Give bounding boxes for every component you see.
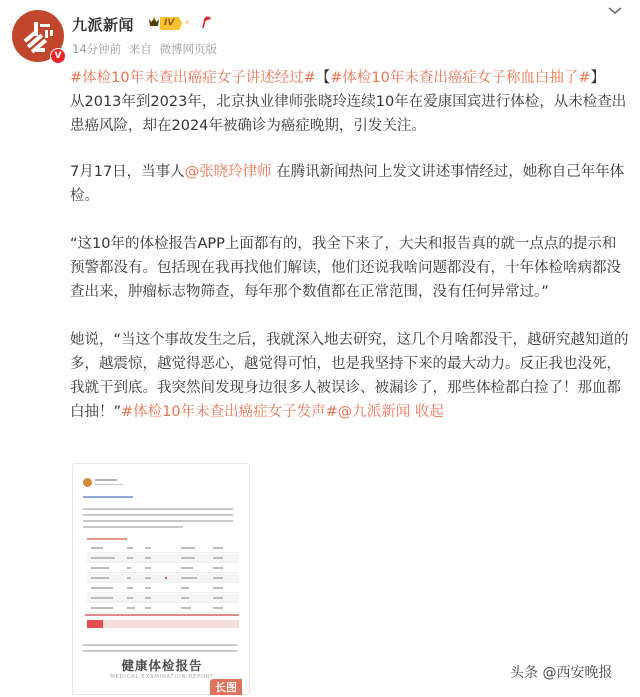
paragraph-2: 7月17日，当事人@张晓玲律师 在腾讯新闻热问上发文讲述事情经过，她称自己年年体… <box>70 160 630 208</box>
paragraph-text: 7月17日，当事人 <box>70 164 185 180</box>
long-image-thumbnail[interactable]: 健康体检报告 MEDICAL EXAMINATION REPORT <box>72 463 250 695</box>
source-prefix: 来自 <box>129 42 152 56</box>
user-name[interactable]: 九派新闻 <box>72 14 134 35</box>
mini-report-table <box>87 538 239 630</box>
report-title: 健康体检报告 <box>73 656 250 674</box>
weibo-post: V 九派新闻 IV › 14分钟前 来自 微博网页版 #体检10年未查出癌症女子… <box>0 0 640 697</box>
post-content: #体检10年未查出癌症女子讲述经过#【#体检10年未查出癌症女子称血白抽了#】 … <box>70 66 630 448</box>
verified-v-icon: V <box>50 48 66 64</box>
level-badge[interactable]: IV <box>160 17 182 30</box>
post-meta: 14分钟前 来自 微博网页版 <box>72 41 221 57</box>
avatar[interactable]: V <box>12 10 64 62</box>
watermark: 头条 @西安晚报 <box>510 662 612 682</box>
level-chevron-icon: › <box>185 17 189 28</box>
hashtag-link[interactable]: #体检10年未查出癌症女子讲述经过# <box>70 70 316 86</box>
paragraph-3: “这10年的体检报告APP上面都有的，我全下来了，大夫和报告真的就一点点的提示和… <box>70 232 630 304</box>
hashtag-link[interactable]: #体检10年未查出癌症女子称血白抽了# <box>330 70 590 86</box>
bracket-close: 】 <box>591 70 606 86</box>
crown-icon <box>148 16 160 28</box>
paragraph-4: 她说，“当这个事故发生之后，我就深入地去研究，这几个月啥都没干，越研究越知道的多… <box>70 328 630 424</box>
mention-link[interactable]: @张晓玲律师 <box>185 164 272 180</box>
bracket-open: 【 <box>316 70 331 86</box>
mini-avatar <box>83 478 92 487</box>
post-header: V 九派新闻 IV › 14分钟前 来自 微博网页版 <box>8 6 628 62</box>
chevron-down-icon[interactable] <box>606 4 624 16</box>
red-flag-icon[interactable] <box>200 15 212 29</box>
mention-link[interactable]: @九派新闻 <box>338 404 411 420</box>
post-time[interactable]: 14分钟前 <box>72 42 121 56</box>
paragraph-text: 从2013年到2023年，北京执业律师张晓玲连续10年在爱康国宾进行体检，从未检… <box>70 94 626 134</box>
paragraph-text: “这10年的体检报告APP上面都有的，我全下来了，大夫和报告真的就一点点的提示和… <box>70 236 621 300</box>
hashtag-link[interactable]: #体检10年未查出癌症女子发声# <box>121 404 338 420</box>
paragraph-1: #体检10年未查出癌症女子讲述经过#【#体检10年未查出癌症女子称血白抽了#】 … <box>70 66 630 138</box>
post-source: 微博网页版 <box>159 42 217 56</box>
long-image-badge: 长图 <box>210 679 242 695</box>
collapse-link[interactable]: 收起 <box>410 404 444 420</box>
